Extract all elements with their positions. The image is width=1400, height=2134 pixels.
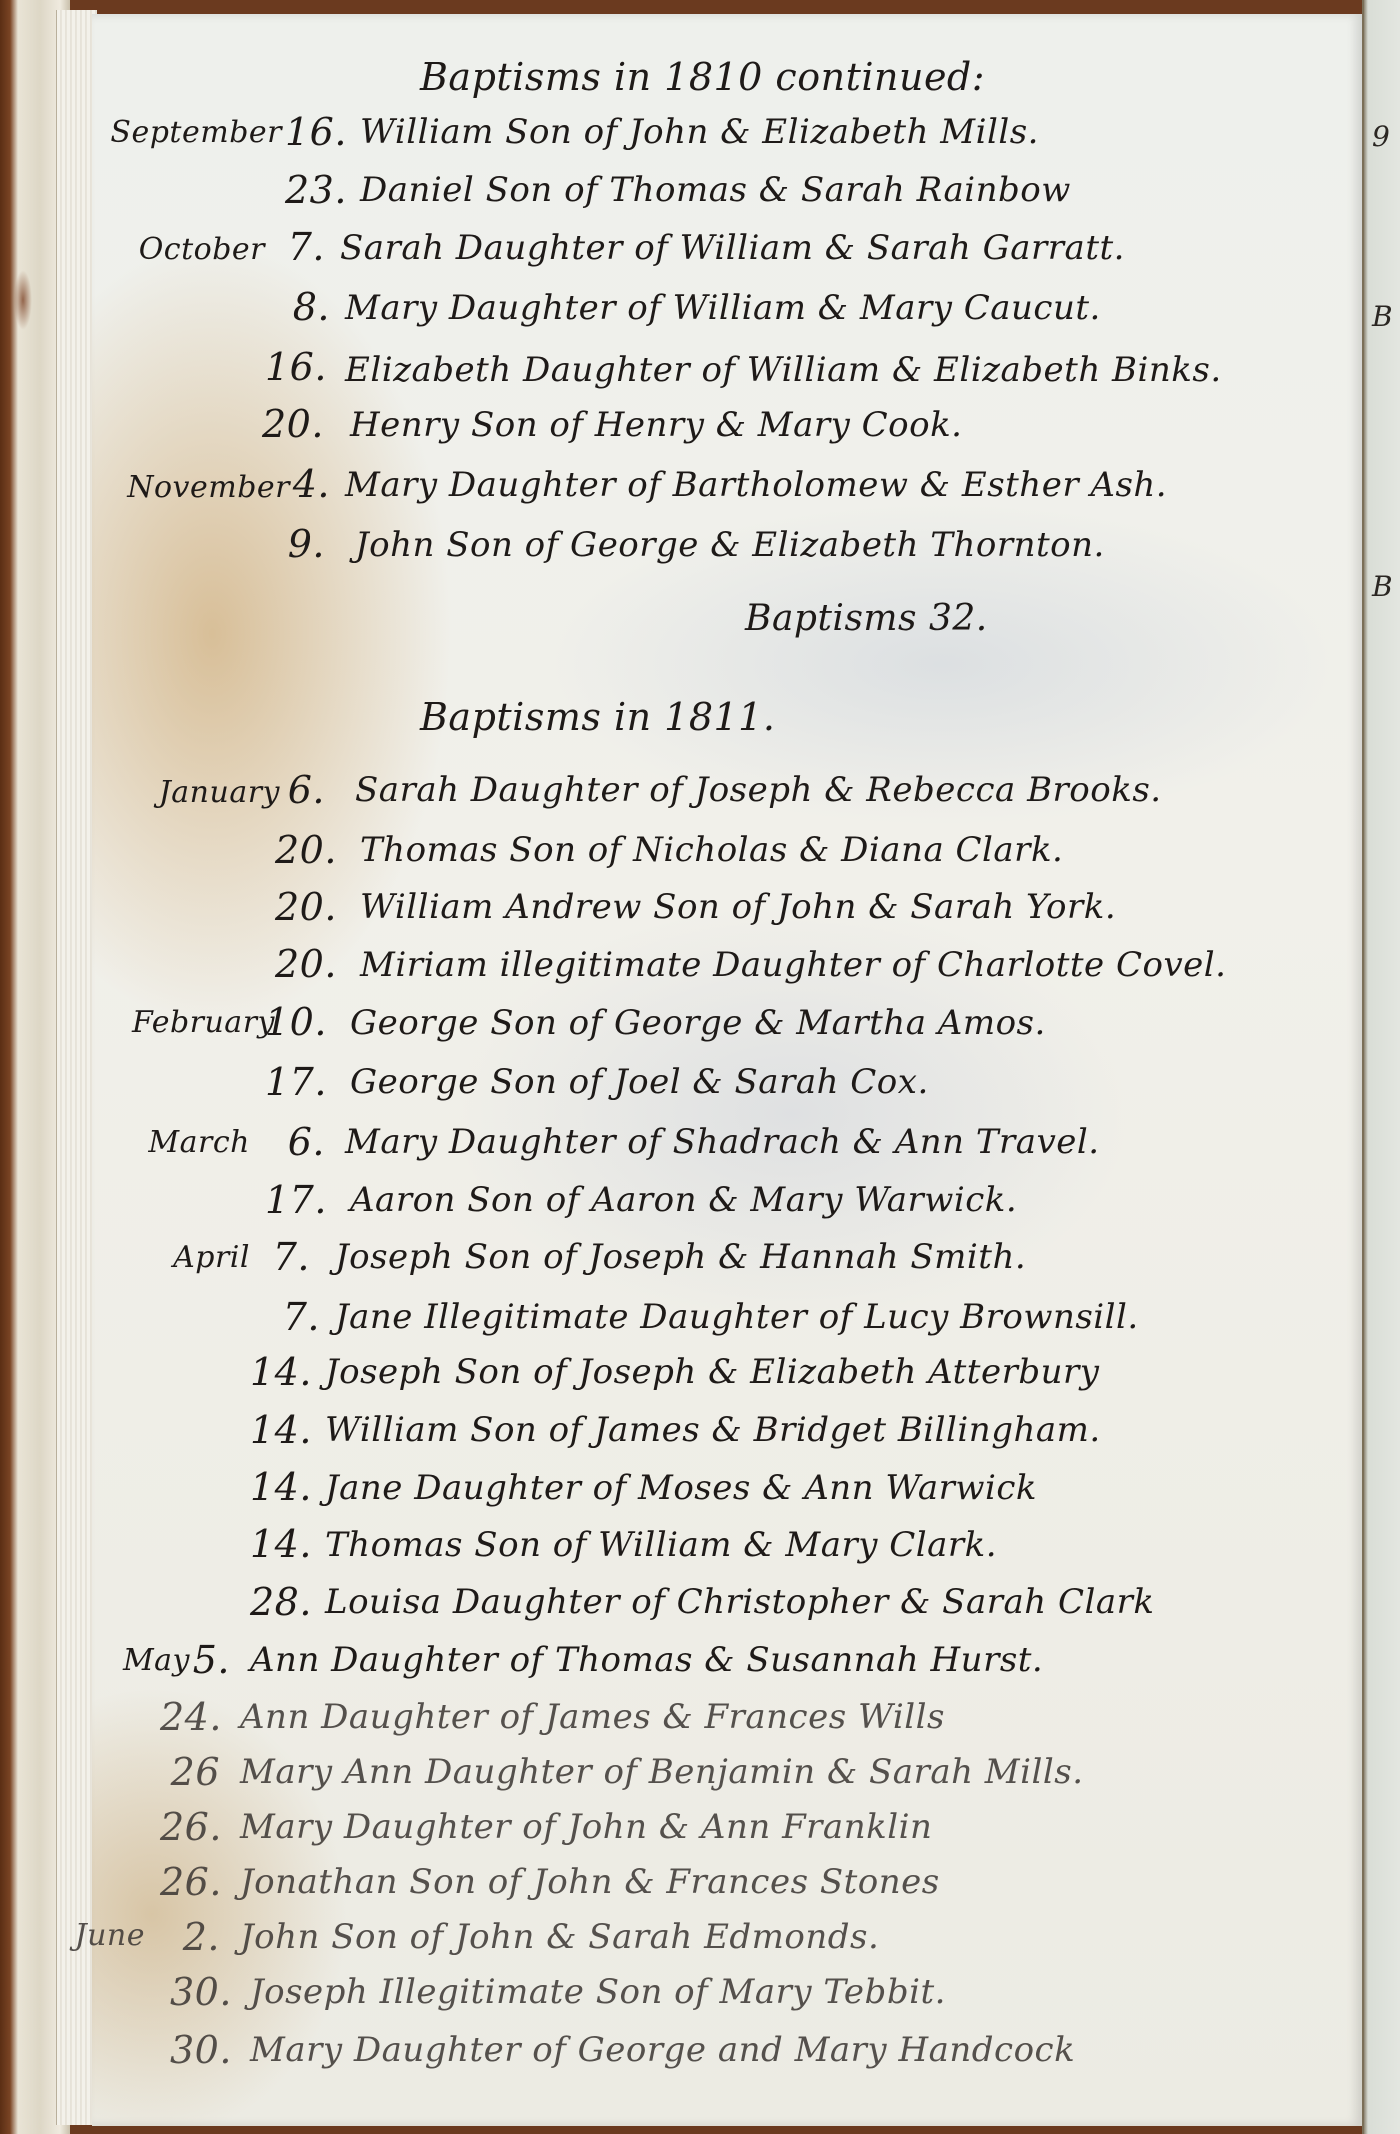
- entry-day: 9.: [265, 522, 325, 566]
- entry-day: 7.: [265, 225, 325, 269]
- entry-text: William Andrew Son of John & Sarah York.: [360, 887, 1116, 927]
- entry-day: 10.: [265, 1000, 325, 1044]
- entry-text: Thomas Son of William & Mary Clark.: [325, 1525, 997, 1565]
- entry-month: February: [85, 1005, 275, 1040]
- entry-day: 20.: [275, 942, 335, 986]
- entry-month: January: [90, 775, 280, 810]
- section-total: Baptisms 32.: [745, 598, 988, 639]
- entry-day: 7.: [250, 1235, 310, 1279]
- entry-text: Mary Ann Daughter of Benjamin & Sarah Mi…: [240, 1752, 1084, 1792]
- facing-page-glyph: 9: [1372, 120, 1390, 153]
- entry-day: 8.: [270, 285, 330, 329]
- entry-text: Aaron Son of Aaron & Mary Warwick.: [350, 1180, 1017, 1220]
- entry-day: 24.: [160, 1695, 220, 1739]
- entry-text: Jane Daughter of Moses & Ann Warwick: [325, 1468, 1037, 1508]
- section-heading: Baptisms in 1810 continued:: [420, 55, 985, 99]
- entry-text: Sarah Daughter of William & Sarah Garrat…: [340, 228, 1125, 268]
- section-heading: Baptisms in 1811.: [420, 695, 775, 739]
- entry-day: 20.: [275, 828, 335, 872]
- entry-day: 26.: [160, 1860, 220, 1904]
- entry-text: Joseph Illegitimate Son of Mary Tebbit.: [250, 1972, 946, 2012]
- page-edges: [56, 10, 97, 2125]
- entry-text: Sarah Daughter of Joseph & Rebecca Brook…: [355, 770, 1162, 810]
- entry-text: Mary Daughter of Bartholomew & Esther As…: [345, 465, 1167, 505]
- facing-page-glyph: B: [1372, 300, 1393, 333]
- entry-day: 28.: [250, 1580, 310, 1624]
- entry-text: Miriam illegitimate Daughter of Charlott…: [360, 945, 1226, 985]
- entry-day: 6.: [265, 768, 325, 812]
- entry-month: September: [92, 115, 282, 150]
- entry-day: 2.: [160, 1915, 220, 1959]
- entry-day: 17.: [265, 1060, 325, 1104]
- entry-day: 14.: [250, 1465, 310, 1509]
- entry-day: 30.: [170, 1970, 230, 2014]
- entry-text: Elizabeth Daughter of William & Elizabet…: [345, 350, 1222, 390]
- entry-text: William Son of James & Bridget Billingha…: [325, 1410, 1101, 1450]
- entry-day: 14.: [250, 1408, 310, 1452]
- entry-day: 5.: [170, 1638, 230, 1682]
- entry-text: Mary Daughter of George and Mary Handcoc…: [250, 2030, 1075, 2070]
- binding-stain: [14, 270, 32, 330]
- entry-text: Ann Daughter of James & Frances Wills: [240, 1697, 945, 1737]
- entry-month: April: [60, 1240, 250, 1275]
- entry-text: Joseph Son of Joseph & Elizabeth Atterbu…: [325, 1352, 1099, 1392]
- entry-text: Jonathan Son of John & Frances Stones: [240, 1862, 940, 1902]
- entry-text: George Son of George & Martha Amos.: [350, 1003, 1046, 1043]
- entry-text: John Son of John & Sarah Edmonds.: [240, 1917, 879, 1957]
- entry-month: March: [60, 1125, 250, 1160]
- entry-text: John Son of George & Elizabeth Thornton.: [355, 525, 1105, 565]
- entry-month: May: [0, 1643, 190, 1678]
- entry-text: William Son of John & Elizabeth Mills.: [360, 112, 1039, 152]
- entry-day: 20.: [275, 885, 335, 929]
- entry-text: Mary Daughter of William & Mary Caucut.: [345, 288, 1101, 328]
- entry-text: Louisa Daughter of Christopher & Sarah C…: [325, 1582, 1154, 1622]
- entry-day: 14.: [250, 1522, 310, 1566]
- entry-text: George Son of Joel & Sarah Cox.: [350, 1062, 929, 1102]
- entry-text: Mary Daughter of John & Ann Franklin: [240, 1807, 932, 1847]
- facing-page-glyph: B: [1372, 570, 1393, 603]
- entry-text: Ann Daughter of Thomas & Susannah Hurst.: [250, 1640, 1043, 1680]
- entry-month: October: [75, 232, 265, 267]
- entry-day: 4.: [270, 462, 330, 506]
- entry-month: June: [0, 1918, 145, 1953]
- entry-day: 16.: [285, 110, 345, 154]
- entry-day: 6.: [265, 1120, 325, 1164]
- entry-day: 16.: [265, 345, 325, 389]
- entry-day: 26.: [160, 1805, 220, 1849]
- entry-text: Mary Daughter of Shadrach & Ann Travel.: [345, 1122, 1100, 1162]
- entry-day: 17.: [265, 1178, 325, 1222]
- entry-text: Thomas Son of Nicholas & Diana Clark.: [360, 830, 1063, 870]
- entry-day: 30.: [170, 2028, 230, 2072]
- entry-day: 23.: [285, 168, 345, 212]
- entry-day: 26: [160, 1750, 220, 1794]
- entry-day: 7.: [260, 1295, 320, 1339]
- entry-text: Jane Illegitimate Daughter of Lucy Brown…: [335, 1297, 1139, 1337]
- entry-month: November: [100, 470, 290, 505]
- entry-text: Joseph Son of Joseph & Hannah Smith.: [335, 1237, 1026, 1277]
- entry-text: Daniel Son of Thomas & Sarah Rainbow: [360, 170, 1071, 210]
- entry-text: Henry Son of Henry & Mary Cook.: [350, 405, 963, 445]
- entry-day: 14.: [250, 1350, 310, 1394]
- entry-day: 20.: [262, 402, 322, 446]
